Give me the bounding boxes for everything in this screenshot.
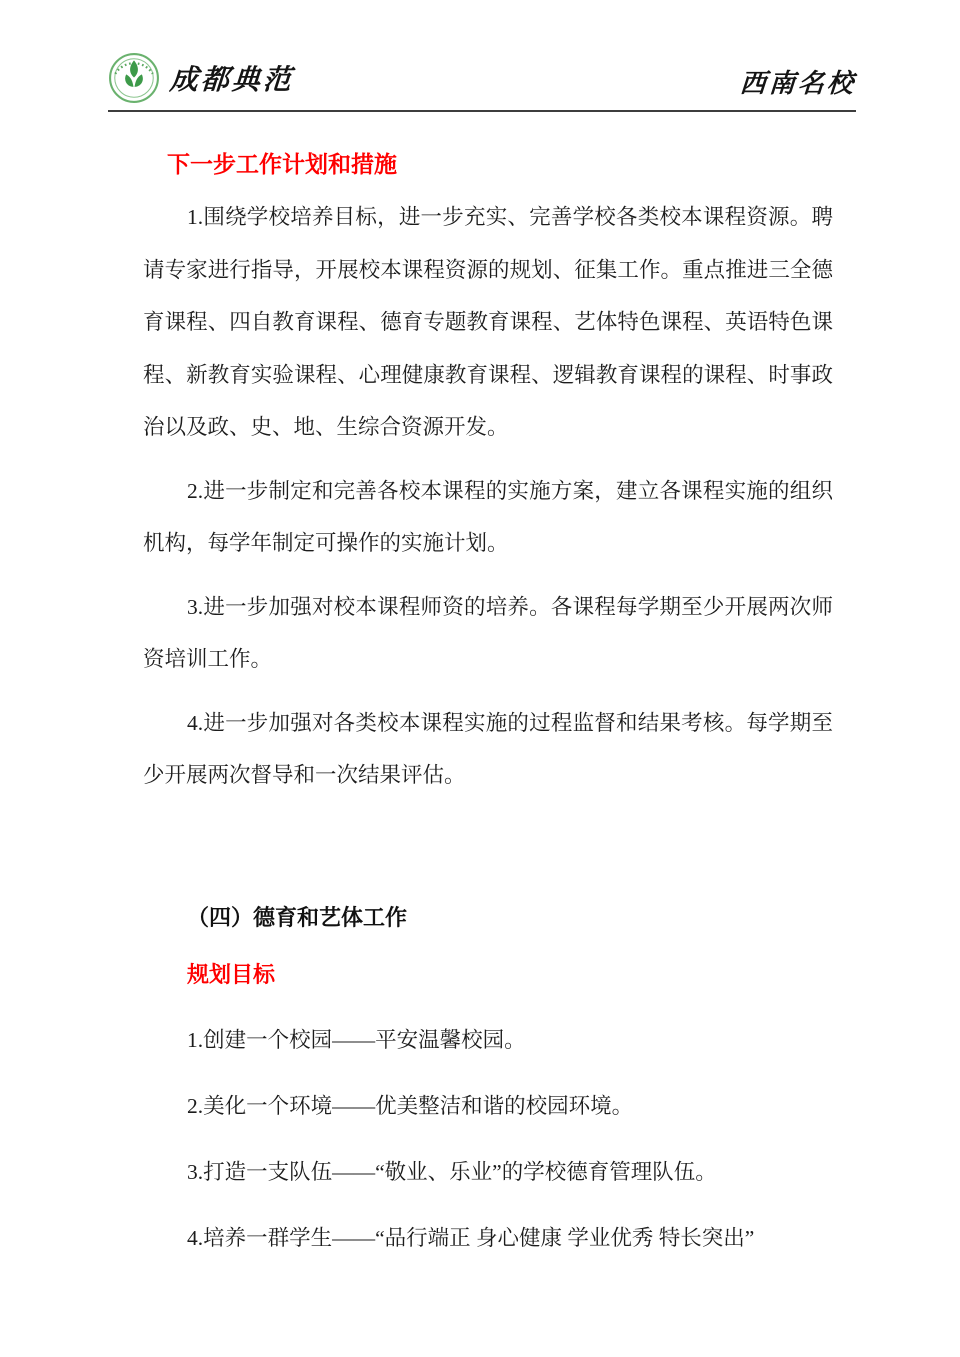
goal-item-2: 2.美化一个环境——优美整洁和谐的校园环境。 [187, 1090, 833, 1122]
plan-paragraph-1: 1.围绕学校培养目标，进一步充实、完善学校各类校本课程资源。聘请专家进行指导，开… [143, 191, 833, 454]
plan-paragraph-4: 4.进一步加强对各类校本课程实施的过程监督和结果考核。每学期至少开展两次督导和一… [143, 697, 833, 802]
section-title-next-step-plan: 下一步工作计划和措施 [167, 150, 833, 180]
goal-item-4: 4.培养一群学生——“品行端正 身心健康 学业优秀 特长突出” [187, 1222, 833, 1254]
header-brand-left: 成都典范 [108, 52, 294, 104]
subsection-title-planning-goals: 规划目标 [187, 960, 833, 990]
goal-item-1: 1.创建一个校园——平安温馨校园。 [187, 1024, 833, 1056]
brand-name-left: 成都典范 [169, 58, 296, 98]
school-emblem-icon [108, 52, 160, 104]
plan-paragraph-2: 2.进一步制定和完善各校本课程的实施方案，建立各课程实施的组织机构，每学年制定可… [143, 465, 833, 570]
page-header: 成都典范 西南名校 [108, 48, 856, 112]
goal-item-3: 3.打造一支队伍——“敬业、乐业”的学校德育管理队伍。 [187, 1156, 833, 1188]
plan-paragraph-3: 3.进一步加强对校本课程师资的培养。各课程每学期至少开展两次师资培训工作。 [143, 581, 833, 686]
document-body: 下一步工作计划和措施 1.围绕学校培养目标，进一步充实、完善学校各类校本课程资源… [143, 114, 833, 1254]
brand-name-right: 西南名校 [739, 63, 858, 104]
section-heading-moral-art-work: （四）德育和艺体工作 [187, 902, 833, 934]
document-page: 成都典范 西南名校 下一步工作计划和措施 1.围绕学校培养目标，进一步充实、完善… [0, 0, 960, 1357]
